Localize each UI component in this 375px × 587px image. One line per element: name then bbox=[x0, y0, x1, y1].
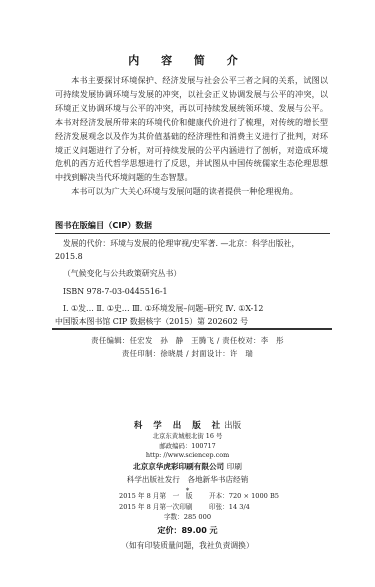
publisher-block: 科 学 出 版 社出版 北京东黄城根北街 16 号 邮政编码：100717 ht… bbox=[0, 413, 375, 496]
word-count: 字数：285 000 bbox=[119, 512, 256, 523]
intro-paragraph-2: 本书可以为广大关心环境与发展问题的读者提供一种伦理视角。 bbox=[55, 185, 328, 199]
publisher-website: http: //www.sciencep.com bbox=[0, 451, 375, 461]
cip-number: 中国版本图书馆 CIP 数据核字（2015）第 202602 号 bbox=[55, 316, 330, 329]
publisher-name-suffix: 出版 bbox=[224, 421, 241, 431]
intro-title: 内 容 简 介 bbox=[0, 52, 375, 68]
cip-classification: Ⅰ. ①发… Ⅱ. ①史… Ⅲ. ①环境发展–问题–研究 Ⅳ. ①X-12 bbox=[55, 303, 330, 316]
cip-title-line: 发展的代价：环境与发展的伦理审视/史军著. —北京：科学出版社， bbox=[55, 238, 330, 251]
cip-top-rule bbox=[55, 233, 330, 234]
print-sheets: 印张：14 3/4 bbox=[209, 502, 250, 513]
credits-editors: 责任编辑：任宏发 孙 静 王腾飞 / 责任校对：李 彤 bbox=[0, 334, 375, 347]
quality-notice: （如有印装质量问题，我社负责调换） bbox=[0, 540, 375, 551]
intro-text: 本书主要探讨环境保护、经济发展与社会公平三者之间的关系，试图以可持续发展协调环境… bbox=[55, 74, 328, 199]
cip-isbn: ISBN 978-7-03-0445516-1 bbox=[55, 286, 330, 299]
intro-paragraph-1: 本书主要探讨环境保护、经济发展与社会公平三者之间的关系，试图以可持续发展协调环境… bbox=[55, 74, 328, 185]
cip-series: （气候变化与公共政策研究丛书） bbox=[55, 268, 330, 281]
print-date: 2015 年 8 月第一次印刷 bbox=[119, 502, 209, 513]
cip-header: 图书在版编目（CIP）数据 bbox=[55, 220, 325, 231]
publisher-name: 科 学 出 版 社 bbox=[134, 421, 224, 431]
book-format: 开本：720 × 1000 B5 bbox=[209, 491, 279, 502]
copyright-page: 内 容 简 介 本书主要探讨环境保护、经济发展与社会公平三者之间的关系，试图以可… bbox=[0, 0, 375, 587]
printer-suffix: 印刷 bbox=[227, 462, 242, 471]
cip-data-block: 发展的代价：环境与发展的伦理审视/史军著. —北京：科学出版社， 2015.8 … bbox=[55, 238, 330, 328]
printer-name: 北京京华虎彩印刷有限公司 bbox=[133, 462, 224, 471]
edition-date: 2015 年 8 月第 一 版 bbox=[119, 491, 209, 502]
publisher-postcode: 邮政编码：100717 bbox=[0, 442, 375, 452]
price: 定价：89.00 元 bbox=[0, 525, 375, 536]
credits-block: 责任编辑：任宏发 孙 静 王腾飞 / 责任校对：李 彤 责任印制：徐晓晨 / 封… bbox=[0, 334, 375, 360]
distribution-line: 科学出版社发行 各地新华书店经销 bbox=[0, 473, 375, 486]
cip-date-line: 2015.8 bbox=[55, 251, 330, 264]
edition-block: 2015 年 8 月第 一 版 开本：720 × 1000 B5 2015 年 … bbox=[119, 491, 319, 523]
publisher-address: 北京东黄城根北街 16 号 bbox=[0, 432, 375, 442]
credits-production: 责任印制：徐晓晨 / 封面设计：许 瑞 bbox=[0, 347, 375, 360]
cip-bottom-rule bbox=[52, 328, 332, 330]
